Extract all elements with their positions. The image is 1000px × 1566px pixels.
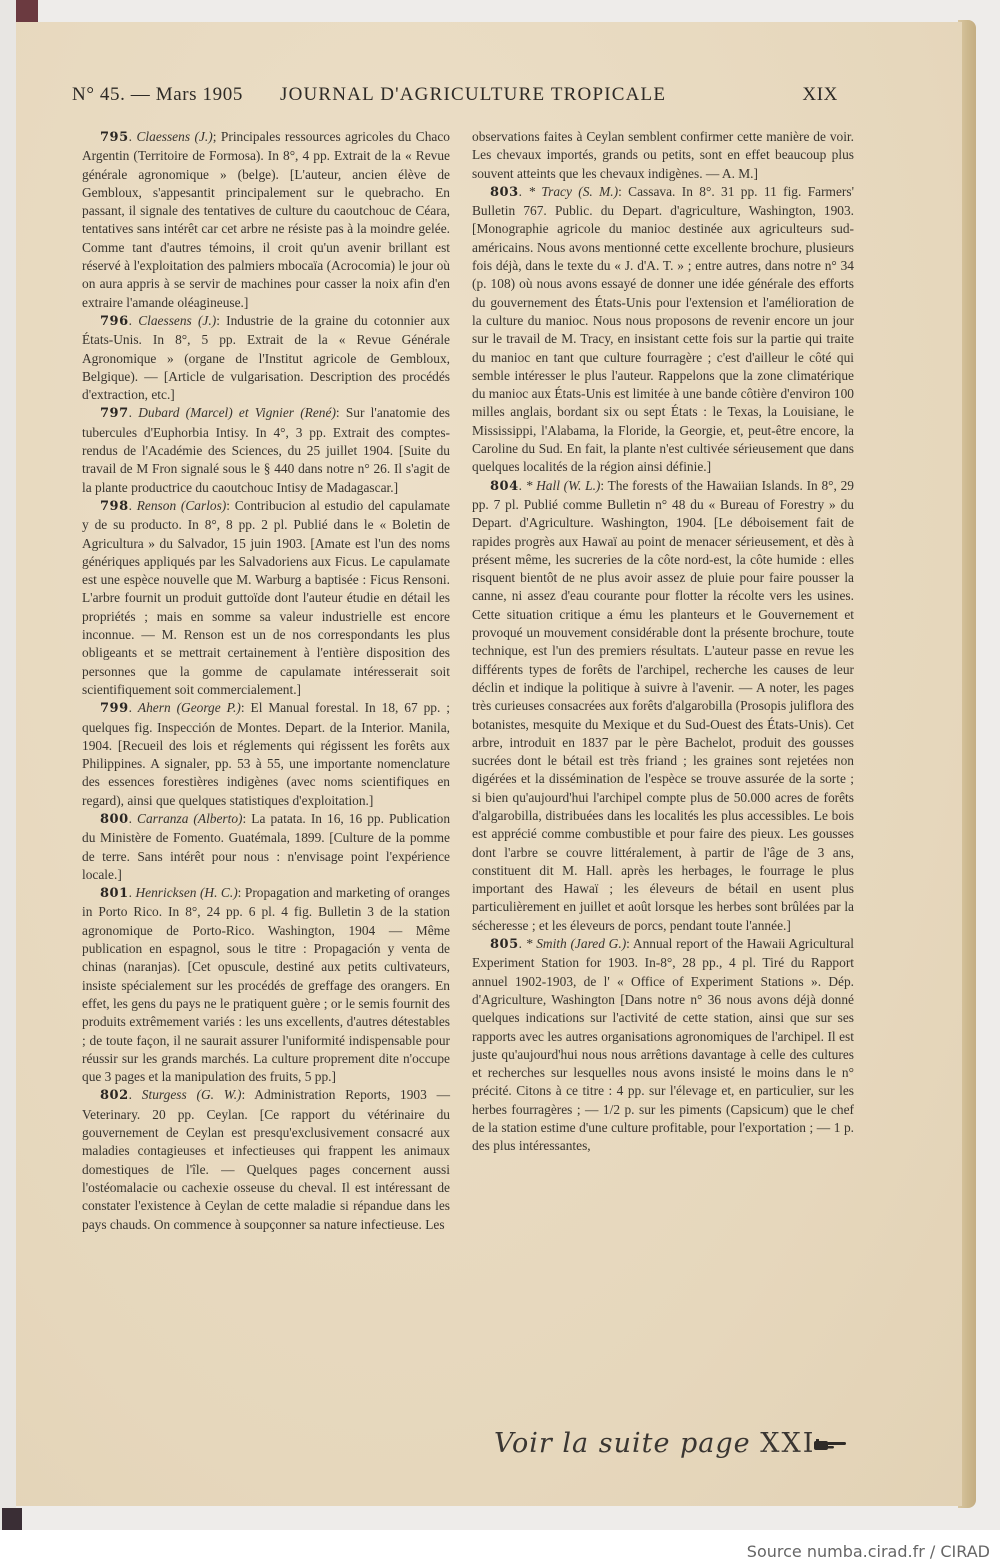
running-header: N° 45. — Mars 1905 JOURNAL D'AGRICULTURE… <box>72 84 838 110</box>
entry-author: Dubard (Marcel) et Vignier (René) <box>138 405 336 420</box>
bibliography-entry: 795. Claessens (J.); Principales ressour… <box>82 128 450 312</box>
entry-author: Sturgess (G. W.) <box>142 1087 242 1102</box>
entry-author: Claessens (J.) <box>136 129 212 144</box>
bibliography-entry: 800. Carranza (Alberto): La patata. In 1… <box>82 810 450 884</box>
entry-text: : El Manual forestal. In 18, 67 pp. ; qu… <box>82 700 450 807</box>
source-credit: Source numba.cirad.fr / CIRAD <box>747 1542 990 1561</box>
entry-author: Claessens (J.) <box>138 313 216 328</box>
binding-mark-top <box>16 0 38 22</box>
entry-number: 795 <box>100 130 129 145</box>
entry-number: 802 <box>100 1088 129 1103</box>
entry-number: 799 <box>100 701 129 716</box>
bibliography-entry: 798. Renson (Carlos): Contribucion al es… <box>82 497 450 699</box>
entry-text: observations faites à Ceylan semblent co… <box>472 129 854 181</box>
entry-number: 797 <box>100 406 129 421</box>
entry-number: 800 <box>100 812 129 827</box>
continuation-note: Voir la suite page XXI <box>494 1428 815 1459</box>
left-column: 795. Claessens (J.); Principales ressour… <box>82 128 450 1234</box>
entry-author: Renson (Carlos) <box>137 498 227 513</box>
entry-author: * Hall (W. L.) <box>526 478 601 493</box>
scan-edge <box>0 0 16 1530</box>
bibliography-entry: 804. * Hall (W. L.): The forests of the … <box>472 477 854 935</box>
entry-text: : The forests of the Hawaiian Islands. I… <box>472 478 854 933</box>
page-number: XIX <box>802 84 838 106</box>
binding-mark-bottom <box>2 1508 22 1530</box>
right-column: observations faites à Ceylan semblent co… <box>472 128 854 1156</box>
bibliography-entry: 805. * Smith (Jared G.): Annual report o… <box>472 935 854 1156</box>
pointing-hand-icon <box>814 1438 848 1452</box>
bibliography-entry: 803. * Tracy (S. M.): Cassava. In 8°. 31… <box>472 183 854 477</box>
entry-text: : Administration Reports, 1903 — Veterin… <box>82 1087 450 1231</box>
entry-number: 805 <box>490 937 519 952</box>
bibliography-entry: 796. Claessens (J.): Industrie de la gra… <box>82 312 450 404</box>
entry-text: : Propagation and marketing of oranges i… <box>82 885 450 1084</box>
issue-date: N° 45. — Mars 1905 <box>72 84 243 106</box>
entry-author: Carranza (Alberto) <box>137 811 242 826</box>
entry-author: * Tracy (S. M.) <box>528 184 618 199</box>
journal-title: JOURNAL D'AGRICULTURE TROPICALE <box>280 84 666 106</box>
entry-number: 804 <box>490 479 519 494</box>
entry-number: 798 <box>100 499 129 514</box>
continuation-page: XXI <box>760 1428 815 1459</box>
bibliography-entry-continuation: observations faites à Ceylan semblent co… <box>472 128 854 183</box>
entry-number: 796 <box>100 314 129 329</box>
entry-text: ; Principales ressources agricoles du Ch… <box>82 129 450 310</box>
entry-number: 803 <box>490 185 519 200</box>
bibliography-entry: 799. Ahern (George P.): El Manual forest… <box>82 699 450 810</box>
bibliography-entry: 797. Dubard (Marcel) et Vignier (René): … <box>82 404 450 496</box>
entry-text: : Annual report of the Hawaii Agricultur… <box>472 936 854 1153</box>
entry-text: : Cassava. In 8°. 31 pp. 11 fig. Farmers… <box>472 184 854 474</box>
entry-number: 801 <box>100 886 129 901</box>
entry-author: * Smith (Jared G.) <box>526 936 626 951</box>
continuation-text: Voir la suite page <box>494 1428 751 1459</box>
entry-text: : Contribucion al estudio del capulamate… <box>82 498 450 697</box>
entry-author: Henricksen (H. C.) <box>135 885 237 900</box>
bibliography-entry: 801. Henricksen (H. C.): Propagation and… <box>82 884 450 1086</box>
entry-author: Ahern (George P.) <box>138 700 241 715</box>
bibliography-entry: 802. Sturgess (G. W.): Administration Re… <box>82 1086 450 1233</box>
